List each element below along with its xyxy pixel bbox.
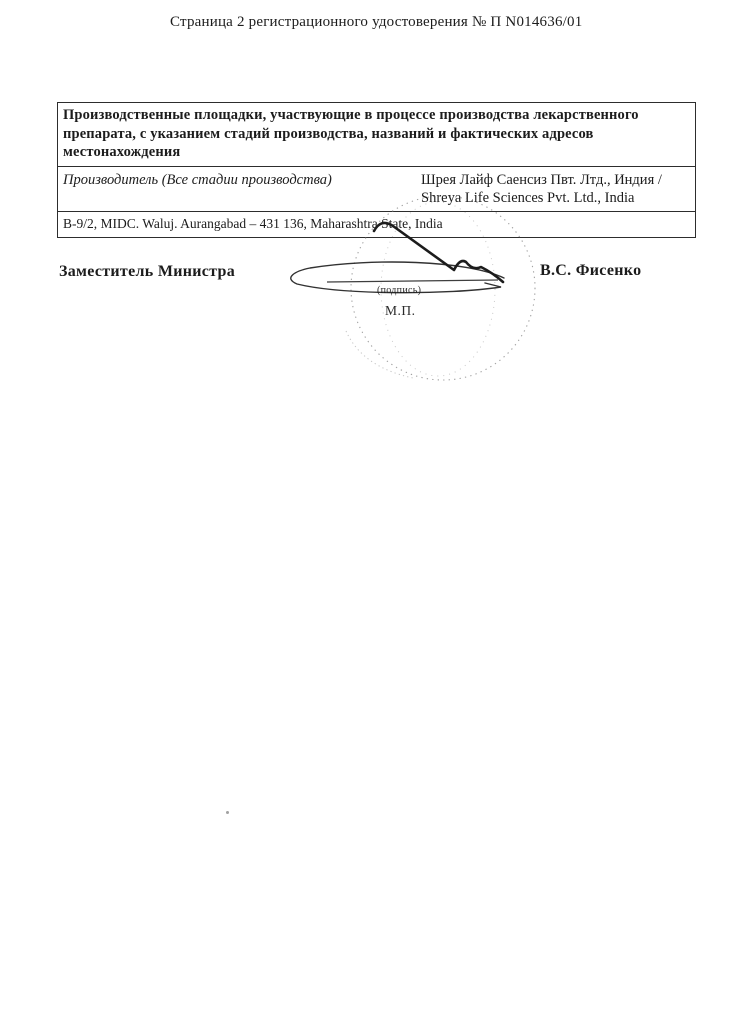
producer-value: Шрея Лайф Саенсиз Пвт. Лтд., Индия / Shr… [418,167,695,211]
document-page: Страница 2 регистрационного удостоверени… [0,0,751,1023]
signature-baseline-icon [327,280,498,282]
producer-value-ru: Шрея Лайф Саенсиз Пвт. Лтд., Индия / [421,171,691,189]
scan-artifact-dot [226,811,229,814]
producer-address-row: B-9/2, MIDC. Waluj. Aurangabad – 431 136… [58,212,695,237]
stamp-inner-arc-icon [346,331,413,378]
page-header: Страница 2 регистрационного удостоверени… [170,14,582,31]
official-name: В.С. Фисенко [540,262,641,280]
producer-value-en: Shreya Life Sciences Pvt. Ltd., India [421,189,691,207]
table-header-row: Производственные площадки, участвующие в… [58,103,695,167]
official-title: Заместитель Министра [59,263,235,281]
signature-caption: (подпись) [377,285,421,296]
producer-row: Производитель (Все стадии производства) … [58,167,695,212]
production-sites-table: Производственные площадки, участвующие в… [57,102,696,238]
producer-label: Производитель (Все стадии производства) [58,167,418,211]
seal-placeholder-label: М.П. [385,303,416,319]
